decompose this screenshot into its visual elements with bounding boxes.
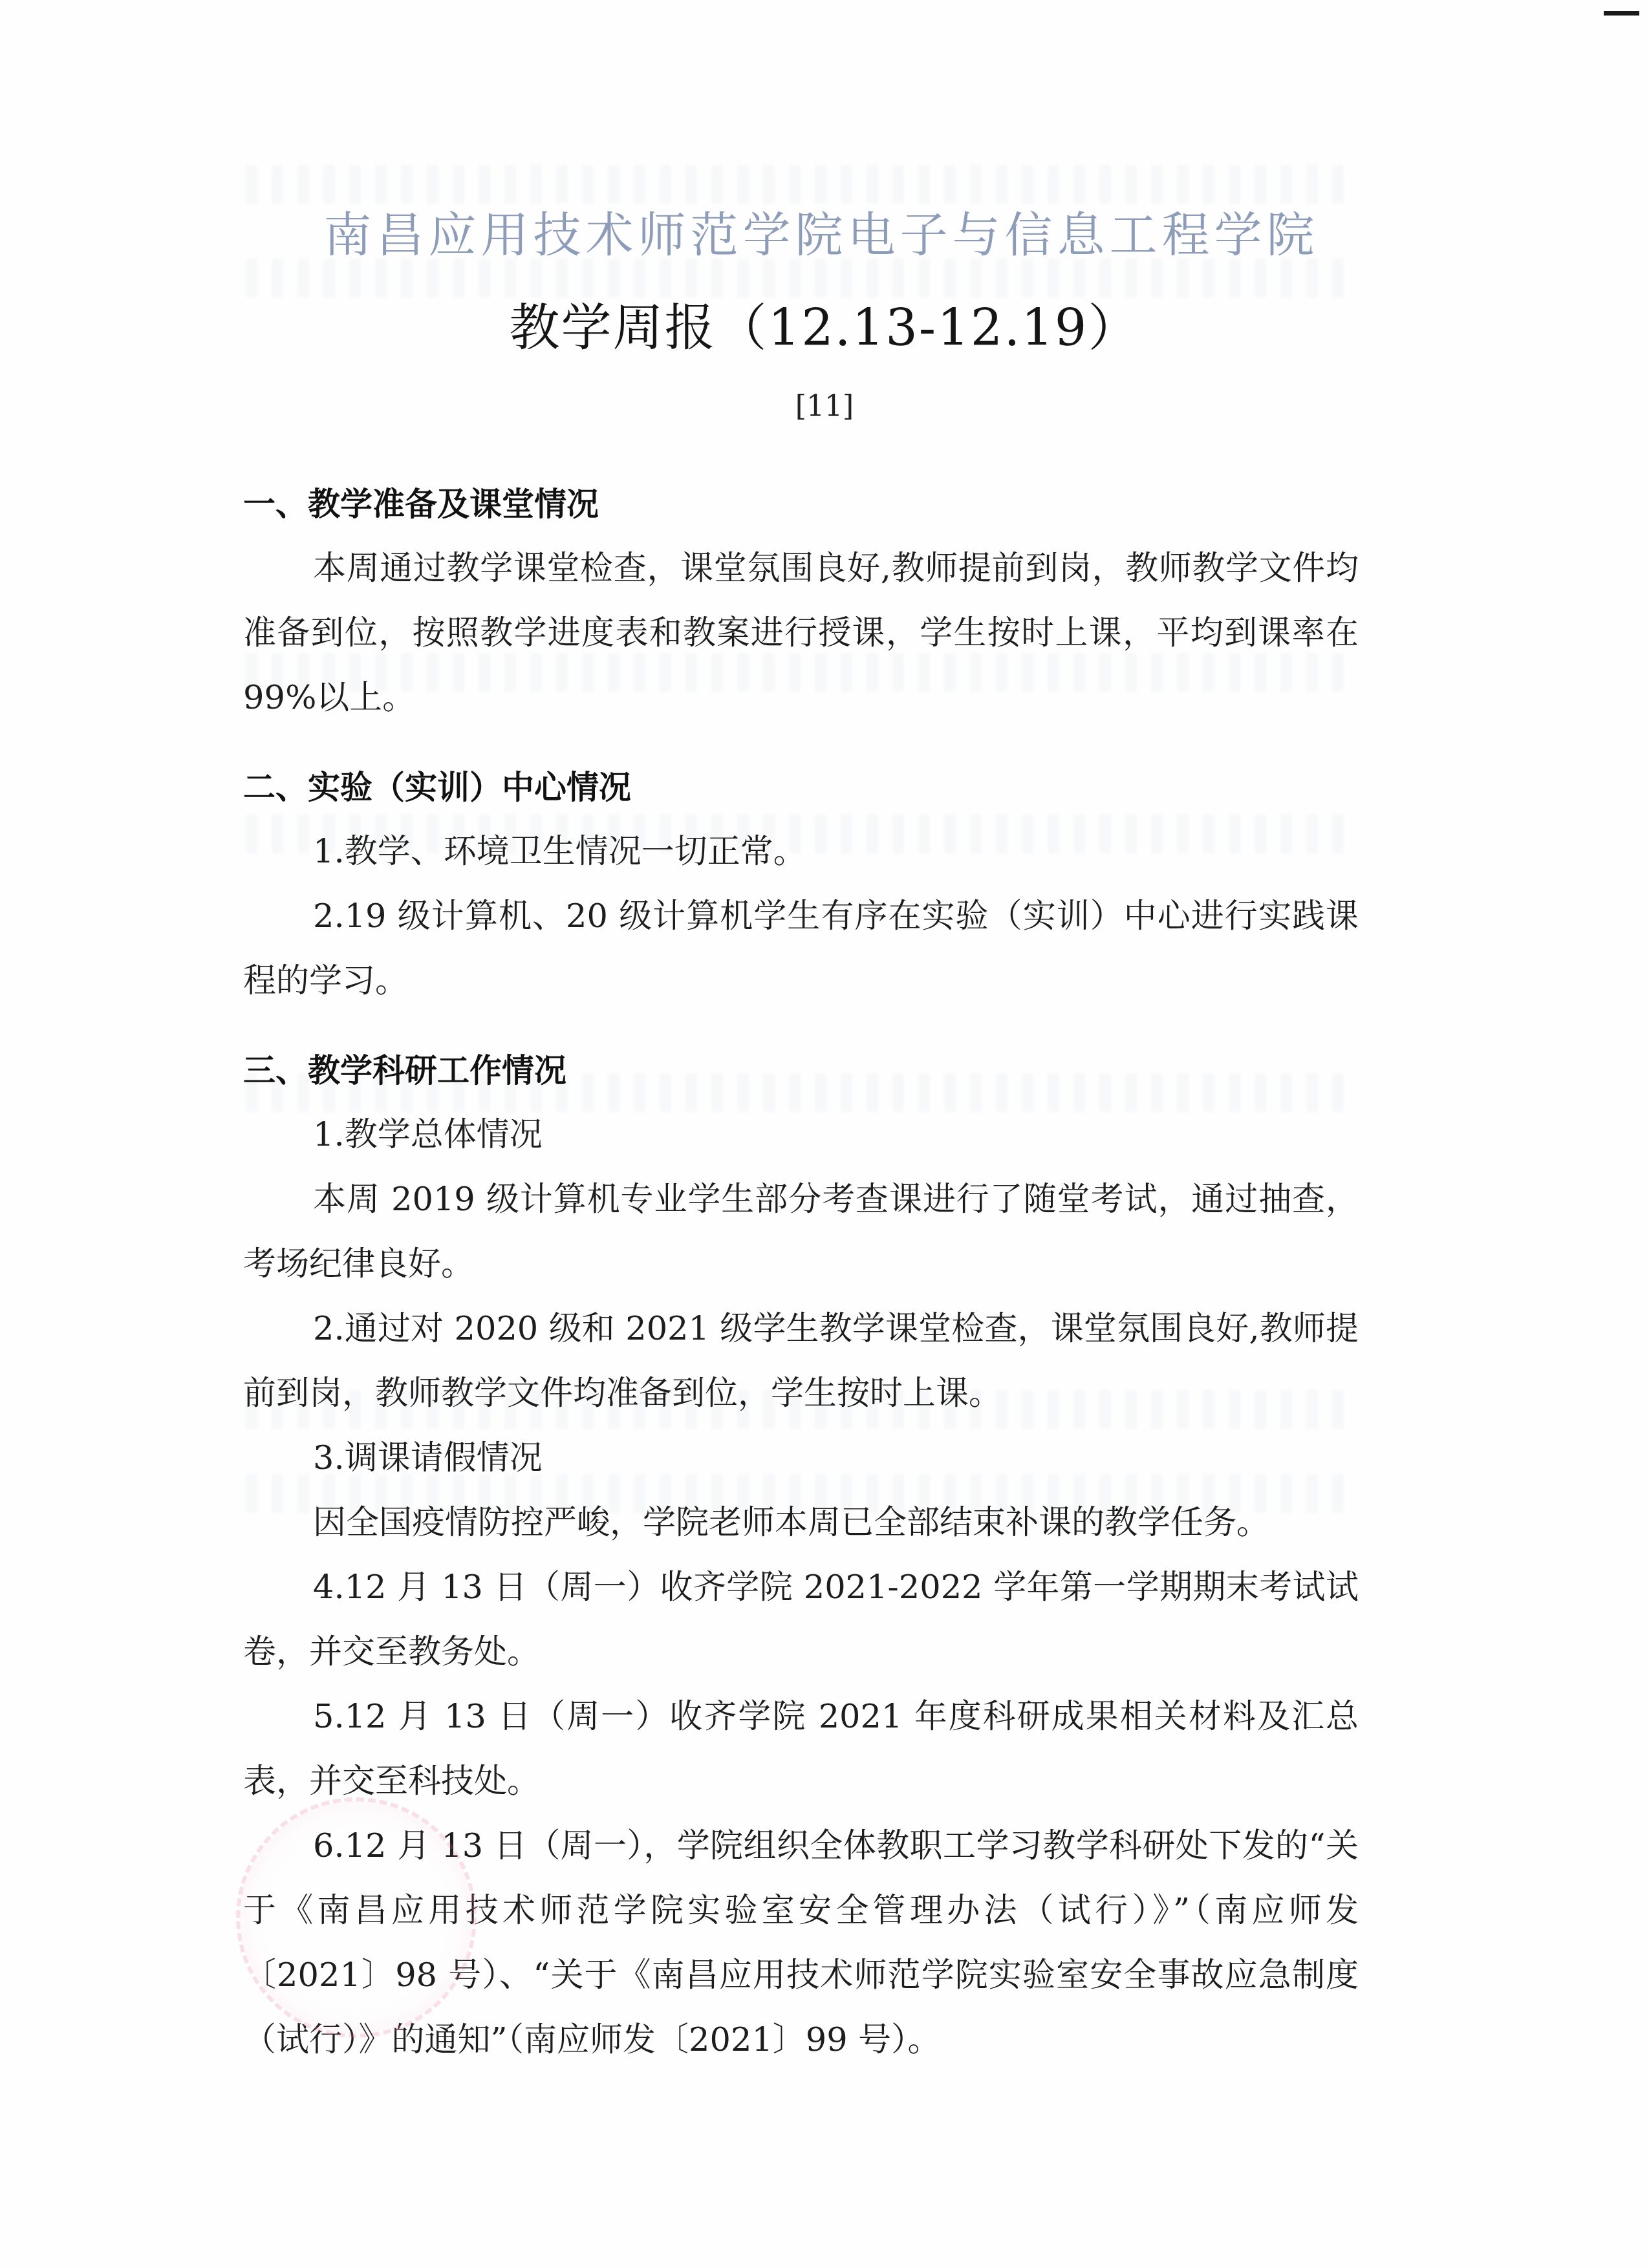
report-title: 教学周报（12.13-12.19）: [0, 288, 1649, 360]
list-item: 2.19 级计算机、20 级计算机学生有序在实验（实训）中心进行实践课程的学习。: [243, 884, 1359, 1014]
list-item: 1.教学、环境卫生情况一切正常。: [243, 820, 1359, 884]
section-teaching-research: 三、教学科研工作情况 1.教学总体情况 本周 2019 级计算机专业学生部分考查…: [243, 1038, 1359, 2073]
section-heading: 二、实验（实训）中心情况: [243, 755, 1359, 820]
section-heading: 一、教学准备及课堂情况: [243, 472, 1359, 537]
paragraph: 因全国疫情防控严峻，学院老师本周已全部结束补课的教学任务。: [243, 1491, 1359, 1556]
paragraph: 本周通过教学课堂检查，课堂氛围良好,教师提前到岗，教师教学文件均准备到位，按照教…: [243, 537, 1359, 731]
section-heading: 三、教学科研工作情况: [243, 1038, 1359, 1103]
paragraph: 本周 2019 级计算机专业学生部分考查课进行了随堂考试，通过抽查，考场纪律良好…: [243, 1168, 1359, 1297]
report-body: 一、教学准备及课堂情况 本周通过教学课堂检查，课堂氛围良好,教师提前到岗，教师教…: [243, 472, 1359, 2073]
list-item: 5.12 月 13 日（周一）收齐学院 2021 年度科研成果相关材料及汇总表，…: [243, 1685, 1359, 1814]
scan-registration-mark: [1604, 11, 1639, 16]
institution-header: 南昌应用技术师范学院电子与信息工程学院: [233, 197, 1410, 266]
section-lab-center: 二、实验（实训）中心情况 1.教学、环境卫生情况一切正常。 2.19 级计算机、…: [243, 755, 1359, 1014]
list-item: 2.通过对 2020 级和 2021 级学生教学课堂检查，课堂氛围良好,教师提前…: [243, 1297, 1359, 1426]
subheading: 1.教学总体情况: [243, 1103, 1359, 1168]
section-teaching-preparation: 一、教学准备及课堂情况 本周通过教学课堂检查，课堂氛围良好,教师提前到岗，教师教…: [243, 472, 1359, 731]
document-page: 南昌应用技术师范学院电子与信息工程学院 教学周报（12.13-12.19） [1…: [0, 0, 1649, 2268]
list-item: 4.12 月 13 日（周一）收齐学院 2021-2022 学年第一学期期末考试…: [243, 1556, 1359, 1685]
issue-number: [11]: [0, 390, 1649, 423]
list-item: 6.12 月 13 日（周一），学院组织全体教职工学习教学科研处下发的“关于《南…: [243, 1814, 1359, 2073]
subheading: 3.调课请假情况: [243, 1426, 1359, 1491]
